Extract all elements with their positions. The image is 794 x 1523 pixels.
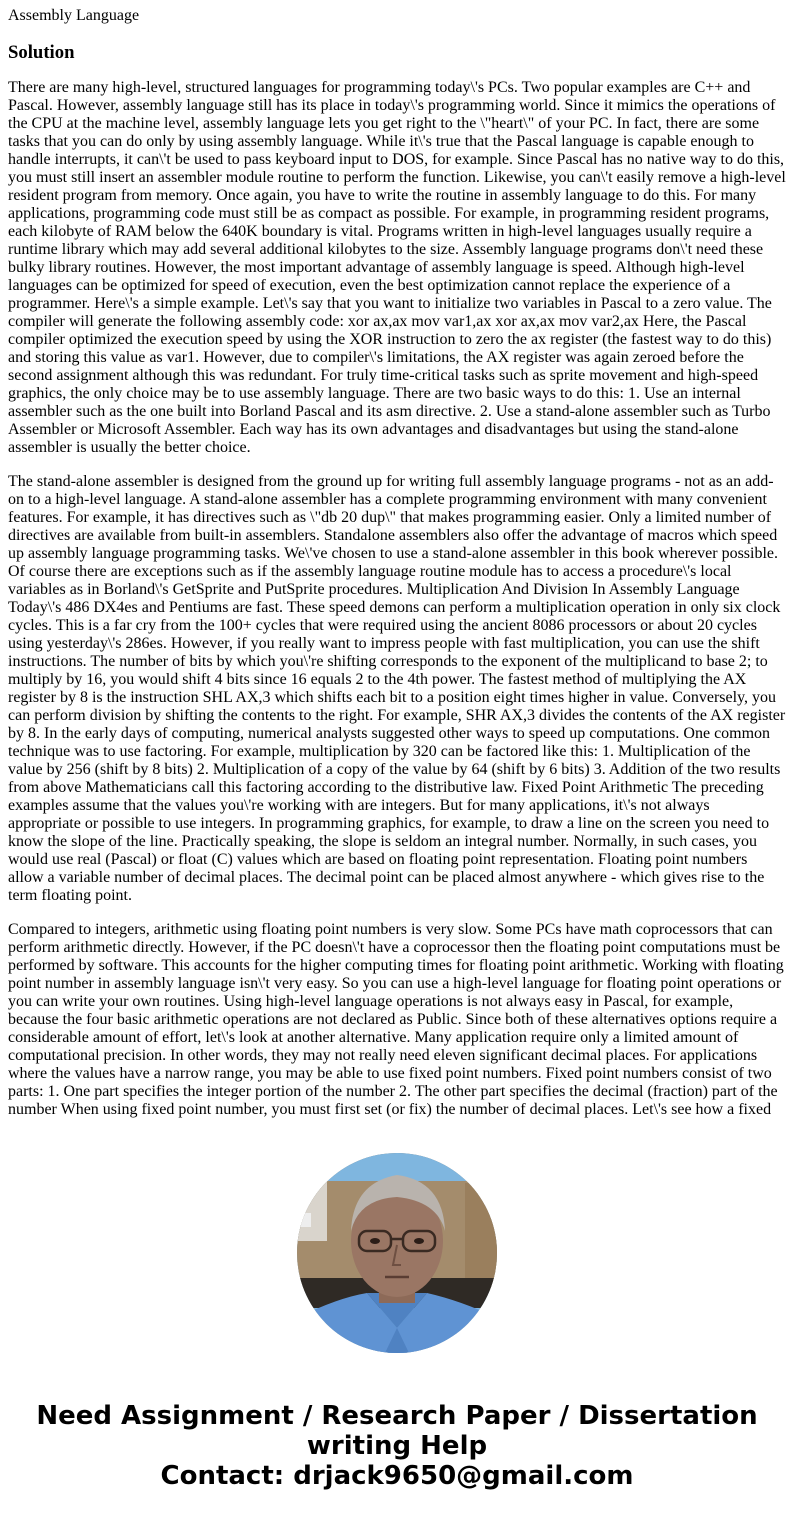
contact-email: Contact: drjack9650@gmail.com (0, 1461, 794, 1491)
paragraph-2: The stand-alone assembler is designed fr… (8, 473, 786, 905)
banner-line-2: writing Help (0, 1431, 794, 1461)
document-content: Assembly Language Solution There are man… (8, 0, 786, 1123)
avatar-photo-icon (297, 1153, 497, 1353)
contact-banner: Need Assignment / Research Paper / Disse… (0, 1401, 794, 1491)
paragraph-3: Compared to integers, arithmetic using f… (8, 921, 786, 1119)
solution-heading: Solution (8, 42, 786, 64)
avatar (297, 1153, 497, 1353)
document-title: Assembly Language (8, 0, 786, 25)
banner-line-1: Need Assignment / Research Paper / Disse… (0, 1401, 794, 1431)
paragraph-1: There are many high-level, structured la… (8, 79, 786, 457)
